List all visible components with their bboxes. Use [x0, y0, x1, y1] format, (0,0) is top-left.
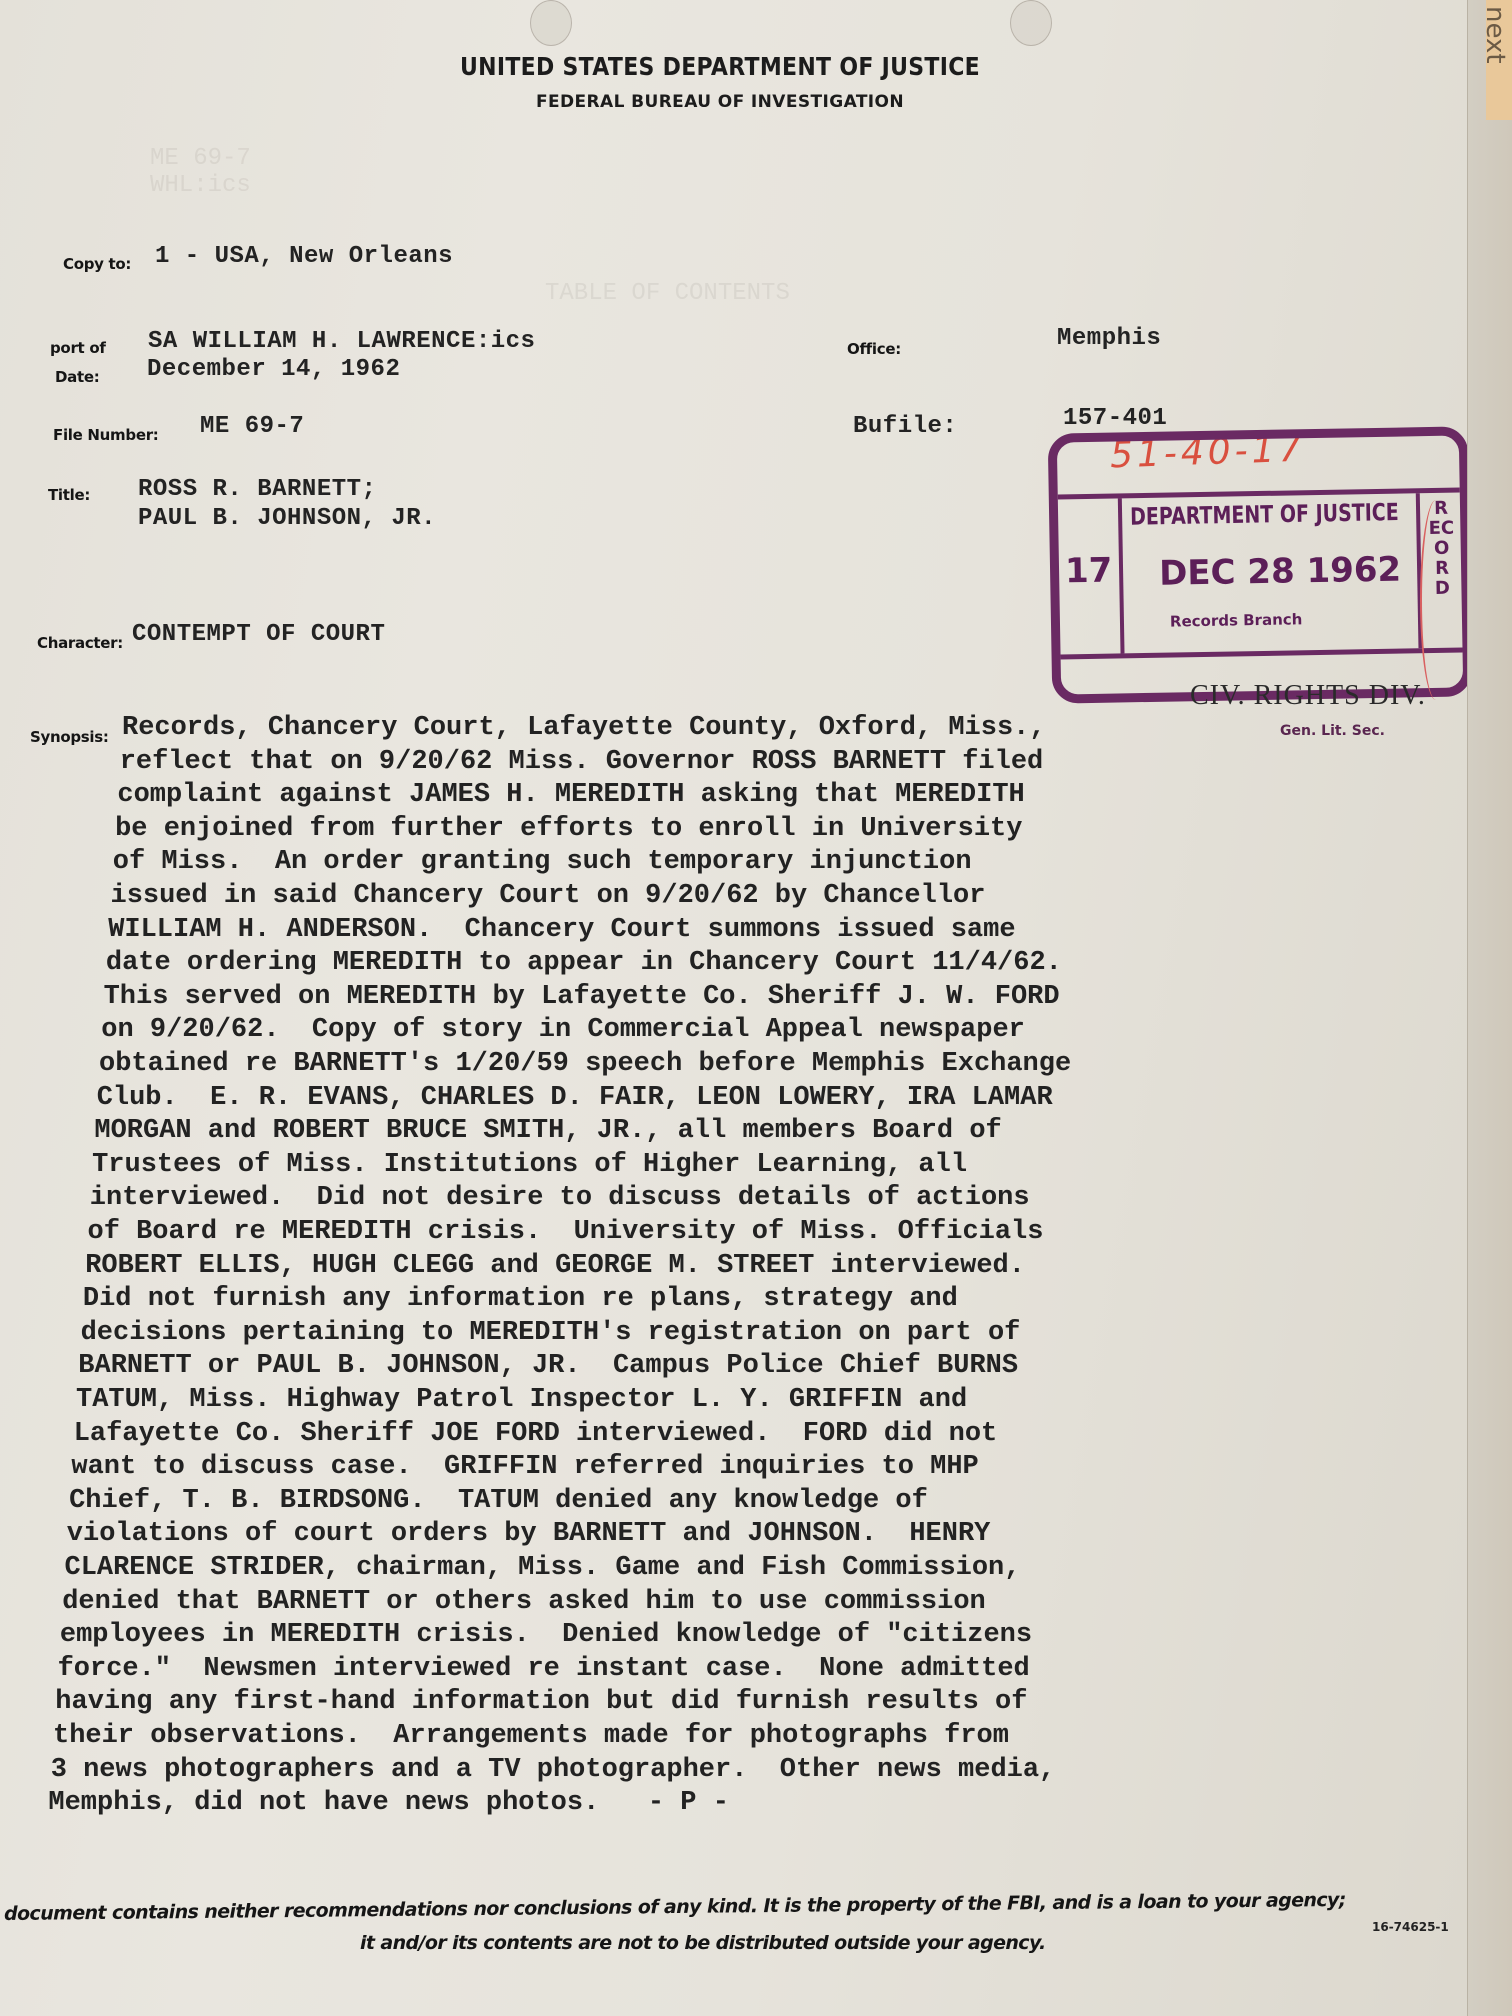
copy-to-label: Copy to:: [63, 255, 131, 273]
synopsis-line: Trustees of Miss. Institutions of Higher…: [92, 1149, 967, 1183]
synopsis-line: Records, Chancery Court, Lafayette Count…: [122, 712, 1046, 746]
stamp-date: DEC 28 1962: [1159, 550, 1402, 594]
title-line-2: PAUL B. JOHNSON, JR.: [138, 505, 436, 532]
synopsis-line: interviewed. Did not desire to discuss d…: [90, 1182, 1030, 1216]
synopsis-line: Lafayette Co. Sheriff JOE FORD interview…: [74, 1418, 998, 1452]
stamp-side-number: 17: [1065, 551, 1113, 592]
synopsis-line: employees in MEREDITH crisis. Denied kno…: [60, 1619, 1032, 1653]
synopsis-label: Synopsis:: [30, 728, 109, 746]
date-label: Date:: [55, 368, 99, 386]
synopsis-line: MORGAN and ROBERT BRUCE SMITH, JR., all …: [94, 1115, 1001, 1149]
letterhead-bureau: FEDERAL BUREAU OF INVESTIGATION: [0, 92, 1440, 112]
character-label: Character:: [37, 634, 123, 652]
synopsis-line: decisions pertaining to MEREDITH's regis…: [81, 1317, 1021, 1351]
synopsis-line: force." Newsmen interviewed re instant c…: [58, 1653, 1030, 1687]
synopsis-line: reflect that on 9/20/62 Miss. Governor R…: [120, 746, 1044, 780]
office-value: Memphis: [1057, 325, 1161, 352]
footer-disclaimer-line-2: it and/or its contents are not to be dis…: [360, 1932, 1046, 1954]
synopsis-line: WILLIAM H. ANDERSON. Chancery Court summ…: [108, 914, 1015, 948]
synopsis-line: violations of court orders by BARNETT an…: [67, 1518, 991, 1552]
stamp-department: DEPARTMENT OF JUSTICE: [1130, 499, 1399, 531]
bufile-value: 157-401: [1063, 405, 1167, 432]
office-label: Office:: [847, 340, 901, 358]
letterhead-department: UNITED STATES DEPARTMENT OF JUSTICE: [0, 53, 1440, 82]
document-page: UNITED STATES DEPARTMENT OF JUSTICE FEDE…: [0, 0, 1468, 2016]
synopsis-line: of Board re MEREDITH crisis. University …: [88, 1216, 1044, 1250]
synopsis-line: complaint against JAMES H. MEREDITH aski…: [117, 779, 1024, 813]
synopsis-line: obtained re BARNETT's 1/20/59 speech bef…: [99, 1048, 1071, 1082]
synopsis-line: date ordering MEREDITH to appear in Chan…: [106, 947, 1062, 981]
footer-disclaimer-line-1: document contains neither recommendation…: [4, 1889, 1346, 1925]
file-number-label: File Number:: [53, 426, 159, 444]
bleed-through-text: ME 69-7 WHL:ics: [150, 145, 251, 199]
synopsis-line: Memphis, did not have news photos. - P -: [48, 1787, 729, 1821]
synopsis-line: Did not furnish any information re plans…: [83, 1283, 958, 1317]
synopsis-line: want to discuss case. GRIFFIN referred i…: [71, 1451, 978, 1485]
synopsis-line: their observations. Arrangements made fo…: [53, 1720, 1009, 1754]
folder-tab: next: [1486, 0, 1512, 120]
bufile-label: Bufile:: [853, 413, 957, 440]
punch-hole: [1010, 0, 1052, 46]
synopsis-line: Chief, T. B. BIRDSONG. TATUM denied any …: [69, 1485, 928, 1519]
synopsis-line: be enjoined from further efforts to enro…: [115, 813, 1022, 847]
copy-to-value: 1 - USA, New Orleans: [155, 243, 453, 270]
synopsis-line: Club. E. R. EVANS, CHARLES D. FAIR, LEON…: [97, 1082, 1053, 1116]
division-stamp: CIV. RIGHTS DIV.: [1190, 680, 1426, 712]
stamp-subtext: Records Branch: [1170, 610, 1303, 630]
folder-tab-text: next: [1480, 6, 1510, 64]
synopsis-line: on 9/20/62. Copy of story in Commercial …: [101, 1014, 1025, 1048]
form-number: 16-74625-1: [1372, 1920, 1449, 1934]
record-stamp: 17 DEPARTMENT OF JUSTICE DEC 28 1962 Rec…: [1048, 426, 1473, 703]
synopsis-line: of Miss. An order granting such temporar…: [113, 846, 972, 880]
synopsis-line: ROBERT ELLIS, HUGH CLEGG and GEORGE M. S…: [85, 1250, 1025, 1284]
date-value: December 14, 1962: [147, 356, 400, 383]
report-of-label: port of: [50, 339, 106, 357]
section-stamp: Gen. Lit. Sec.: [1280, 723, 1385, 739]
synopsis-line: 3 news photographers and a TV photograph…: [51, 1754, 1056, 1788]
synopsis-line: denied that BARNETT or others asked him …: [62, 1586, 986, 1620]
synopsis-line: CLARENCE STRIDER, chairman, Miss. Game a…: [65, 1552, 1021, 1586]
synopsis-line: issued in said Chancery Court on 9/20/62…: [111, 880, 986, 914]
file-number-value: ME 69-7: [200, 413, 304, 440]
underlying-page-edge: [1467, 0, 1512, 2016]
punch-hole: [530, 0, 572, 46]
synopsis-line: BARNETT or PAUL B. JOHNSON, JR. Campus P…: [78, 1350, 1018, 1384]
title-line-1: ROSS R. BARNETT;: [138, 476, 376, 503]
synopsis-line: having any first-hand information but di…: [55, 1686, 1027, 1720]
synopsis-line: TATUM, Miss. Highway Patrol Inspector L.…: [76, 1384, 967, 1418]
title-label: Title:: [48, 486, 90, 504]
character-value: CONTEMPT OF COURT: [132, 621, 385, 648]
report-of-value: SA WILLIAM H. LAWRENCE:ics: [148, 328, 535, 355]
synopsis-line: This served on MEREDITH by Lafayette Co.…: [104, 981, 1060, 1015]
red-pencil-mark: [1420, 500, 1452, 700]
bleed-through-text: TABLE OF CONTENTS: [545, 280, 790, 307]
